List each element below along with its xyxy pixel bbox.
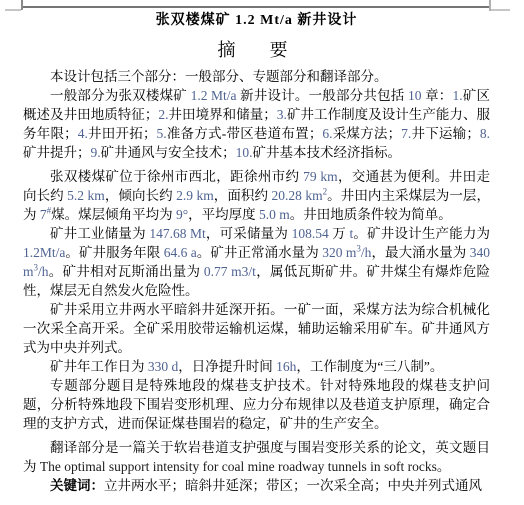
margin-crop-mark-left-vertical — [21, 0, 23, 10]
text-run: 一般部分为张双楼煤矿 — [50, 88, 191, 103]
text-run: ，工作制度为“三八制”。 — [296, 359, 443, 374]
text-run: 矿井基本技术经济指标。 — [253, 145, 402, 160]
text-run: 9. — [91, 145, 101, 160]
text-run: ，面积约 — [214, 188, 272, 203]
text-run: 矿井工业储量为 — [50, 226, 149, 241]
text-run: 。矿井相对瓦斯涌出量为 — [49, 264, 204, 279]
text-run: ，平均厚度 — [188, 207, 259, 222]
text-run: 井下运输； — [411, 126, 480, 141]
text-run: 5.2 km — [67, 188, 105, 203]
text-run: 新井设计。一般部分共包括 — [237, 88, 409, 103]
text-run: 1.2 Mt/a — [191, 88, 237, 103]
text-run: ，倾向长约 — [105, 188, 176, 203]
text-run: 108.54 — [292, 226, 329, 241]
text-run: 。 — [437, 459, 451, 474]
paragraph: 本设计包括三个部分：一般部分、专题部分和翻译部分。 — [23, 67, 490, 86]
text-run: 采煤方法； — [332, 126, 401, 141]
text-run: 5. — [156, 126, 166, 141]
text-run: 9° — [176, 207, 188, 222]
text-run: ，日净提升时间 — [178, 359, 276, 374]
text-run: 矿井年工作日为 — [50, 359, 148, 374]
keywords-paragraph: 关键词：立井两水平；暗斜井延深；带区；一次采全高；中央并列式通风 — [23, 476, 490, 495]
text-run: /h — [361, 245, 372, 260]
text-run: 330 d — [148, 359, 178, 374]
text-run: 煤。煤层倾角平均为 — [51, 207, 176, 222]
text-run: 20.28 km — [272, 188, 323, 203]
text-run: 井田开拓； — [88, 126, 157, 141]
text-run: 8. — [480, 126, 490, 141]
document-page: 张双楼煤矿 1.2 Mt/a 新井设计 摘 要 本设计包括三个部分：一般部分、专… — [0, 0, 524, 505]
text-run: 专题部分题目是特殊地段的煤巷支护技术。针对特殊地段的煤巷支护问题，分析特殊地段下… — [23, 378, 490, 431]
paragraph: 矿井工业储量为 147.68 Mt，可采储量为 108.54 万 t。矿井设计生… — [23, 224, 490, 300]
text-run: 矿井提升； — [23, 145, 91, 160]
text-run: 10. — [236, 145, 253, 160]
text-run: 。矿井设计生产能力为 — [353, 226, 490, 241]
text-run: 1. — [453, 88, 463, 103]
text-run: 2.9 km — [176, 188, 214, 203]
text-run: 。矿井服务年限 — [65, 245, 163, 260]
text-run: 0.77 m3/t — [204, 264, 256, 279]
text-run: 16h — [276, 359, 296, 374]
paragraph: 一般部分为张双楼煤矿 1.2 Mt/a 新井设计。一般部分共包括 10 章：1.… — [23, 86, 490, 162]
margin-crop-mark-right-horizontal — [491, 9, 510, 11]
text-run: 章： — [422, 88, 453, 103]
text-run: 7. — [401, 126, 411, 141]
text-run: 10 — [408, 88, 422, 103]
text-run: 4. — [78, 126, 88, 141]
abstract-content: 张双楼煤矿 1.2 Mt/a 新井设计 摘 要 本设计包括三个部分：一般部分、专… — [23, 10, 490, 495]
paragraph: 张双楼煤矿位于徐州市西北，距徐州市约 79 km，交通甚为便利。井田走向长约 5… — [23, 167, 490, 224]
text-run: 6. — [322, 126, 332, 141]
text-run: 井田境界和储量； — [168, 107, 276, 122]
text-run: 关键词： — [50, 478, 104, 493]
text-run: 万 — [329, 226, 350, 241]
text-run: 3. — [277, 107, 287, 122]
text-run: 7 — [40, 207, 47, 222]
text-run: 立井两水平；暗斜井延深；带区；一次采全高；中央并列式通风 — [104, 478, 482, 493]
text-run: 准备方式-带区巷道布置； — [167, 126, 323, 141]
text-run: 。井田地质条件较为简单。 — [290, 207, 452, 222]
paragraph: 矿井采用立井两水平暗斜井延深开拓。一矿一面，采煤方法为综合机械化一次采全高开采。… — [23, 300, 490, 357]
text-run: 1.2Mt/a — [23, 245, 65, 260]
text-run: 147.68 Mt — [149, 226, 205, 241]
text-run: 张双楼煤矿位于徐州市西北，距徐州市约 — [50, 169, 303, 184]
text-run: 5.0 m — [259, 207, 290, 222]
text-run: 矿井通风与安全技术； — [101, 145, 236, 160]
margin-crop-mark-left-horizontal — [5, 9, 21, 11]
text-run: 。矿井正常涌水量为 — [197, 245, 322, 260]
text-run: ，最大涌水量为 — [371, 245, 469, 260]
text-run: ，可采储量为 — [206, 226, 292, 241]
text-run: 320 m — [322, 245, 356, 260]
paragraph: 翻译部分是一篇关于软岩巷道支护强度与围岩变形关系的论文，英文题目为 The op… — [23, 438, 490, 476]
text-run: 矿井采用立井两水平暗斜井延深开拓。一矿一面，采煤方法为综合机械化一次采全高开采。… — [23, 302, 490, 355]
text-run: 79 km — [303, 169, 337, 184]
text-run: 本设计包括三个部分：一般部分、专题部分和翻译部分。 — [50, 69, 388, 84]
text-run: 2. — [158, 107, 168, 122]
paragraph: 专题部分题目是特殊地段的煤巷支护技术。针对特殊地段的煤巷支护问题，分析特殊地段下… — [23, 376, 490, 433]
page-top-margin-rule — [22, 6, 490, 8]
paragraph: 矿井年工作日为 330 d，日净提升时间 16h，工作制度为“三八制”。 — [23, 357, 490, 376]
text-run: 64.6 a — [164, 245, 197, 260]
abstract-heading: 摘 要 — [23, 39, 490, 62]
text-run: The optimal support intensity for coal m… — [40, 459, 437, 474]
text-run: /h — [38, 264, 49, 279]
document-title: 张双楼煤矿 1.2 Mt/a 新井设计 — [23, 12, 490, 30]
